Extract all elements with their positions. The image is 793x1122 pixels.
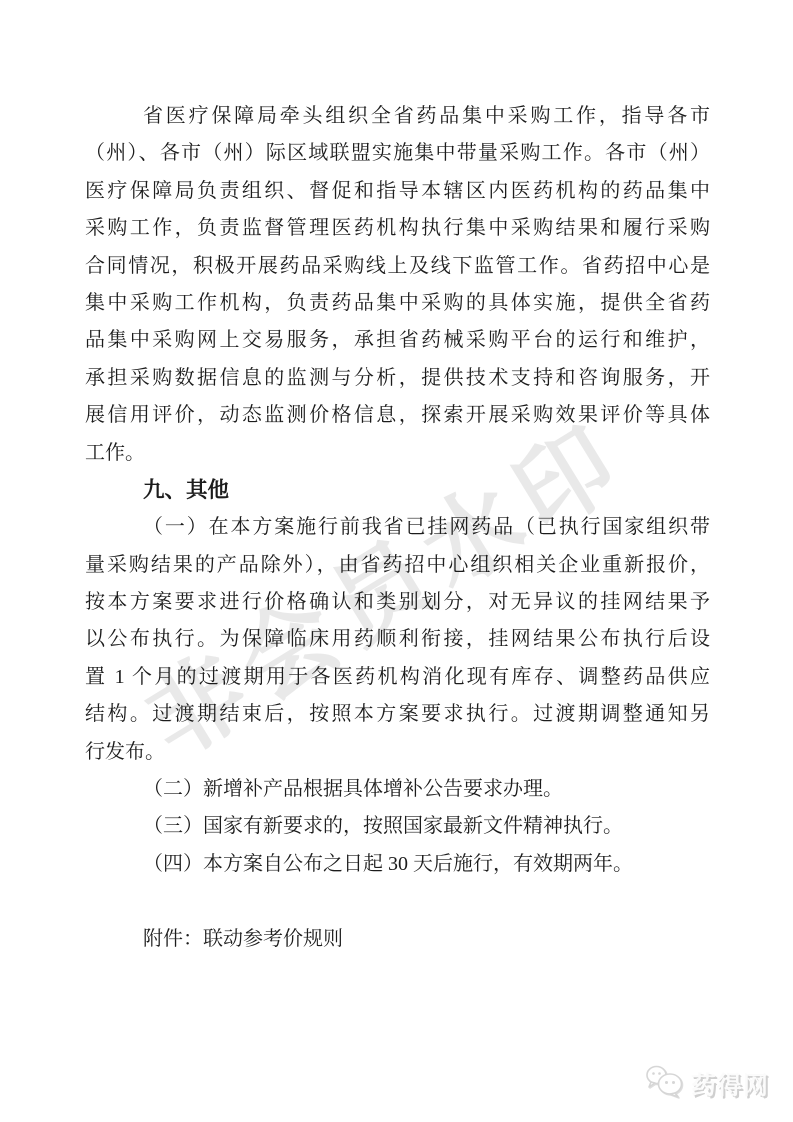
document-line: 工作。 <box>85 435 710 472</box>
document-line: 品集中采购网上交易服务，承担省药械采购平台的运行和维护， <box>85 322 710 359</box>
document-line: 采购工作，负责监督管理医药机构执行集中采购结果和履行采购 <box>85 210 710 247</box>
document-line: 医疗保障局负责组织、督促和指导本辖区内医药机构的药品集中 <box>85 173 710 210</box>
document-line: 结构。过渡期结束后，按照本方案要求执行。过渡期调整通知另 <box>85 696 710 733</box>
footer-logo: 药得网 <box>644 1063 769 1104</box>
document-line: 行发布。 <box>85 734 710 771</box>
document-line: （二）新增补产品根据具体增补公告要求办理。 <box>85 771 710 808</box>
document-line: 以公布执行。为保障临床用药顺利衔接，挂网结果公布执行后设 <box>85 621 710 658</box>
document-line: 量采购结果的产品除外），由省药招中心组织相关企业重新报价， <box>85 547 710 584</box>
document-line: 置 1 个月的过渡期用于各医药机构消化现有库存、调整药品供应 <box>85 659 710 696</box>
document-line: （三）国家有新要求的，按照国家最新文件精神执行。 <box>85 808 710 845</box>
document-line <box>85 883 710 920</box>
document-line: 省医疗保障局牵头组织全省药品集中采购工作，指导各市 <box>85 98 710 135</box>
document-page: 非会员水印 省医疗保障局牵头组织全省药品集中采购工作，指导各市（州）、各市（州）… <box>0 0 793 1122</box>
document-line: 承担采购数据信息的监测与分析，提供技术支持和咨询服务，开 <box>85 360 710 397</box>
chat-bubbles-mascot-icon <box>644 1063 686 1104</box>
section-heading: 九、其他 <box>85 472 710 509</box>
footer-logo-label: 药得网 <box>691 1066 769 1102</box>
document-line: 合同情况，积极开展药品采购线上及线下监管工作。省药招中心是 <box>85 248 710 285</box>
document-line: 按本方案要求进行价格确认和类别划分，对无异议的挂网结果予 <box>85 584 710 621</box>
document-line: （州）、各市（州）际区域联盟实施集中带量采购工作。各市（州） <box>85 135 710 172</box>
document-line: 附件：联动参考价规则 <box>85 921 710 958</box>
document-line: 展信用评价，动态监测价格信息，探索开展采购效果评价等具体 <box>85 397 710 434</box>
document-line: 集中采购工作机构，负责药品集中采购的具体实施，提供全省药 <box>85 285 710 322</box>
document-body: 省医疗保障局牵头组织全省药品集中采购工作，指导各市（州）、各市（州）际区域联盟实… <box>85 98 710 958</box>
document-line: （四）本方案自公布之日起 30 天后施行，有效期两年。 <box>85 846 710 883</box>
document-line: （一）在本方案施行前我省已挂网药品（已执行国家组织带 <box>85 509 710 546</box>
